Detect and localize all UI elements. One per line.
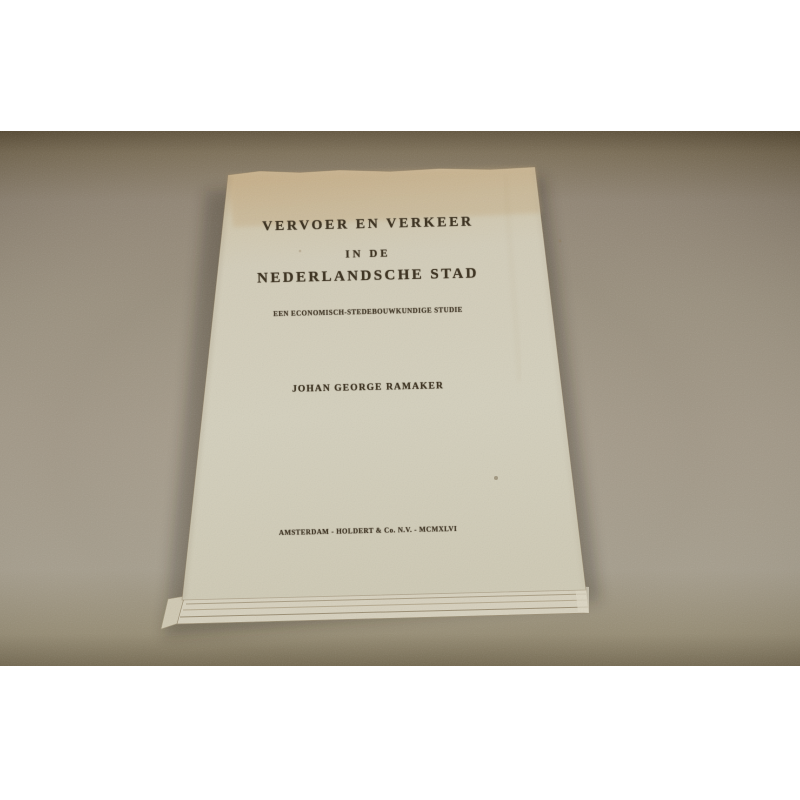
photo-scene-graphic — [0, 131, 800, 666]
book-photograph: VERVOER EN VERKEER IN DE NEDERLANDSCHE S… — [0, 131, 800, 666]
